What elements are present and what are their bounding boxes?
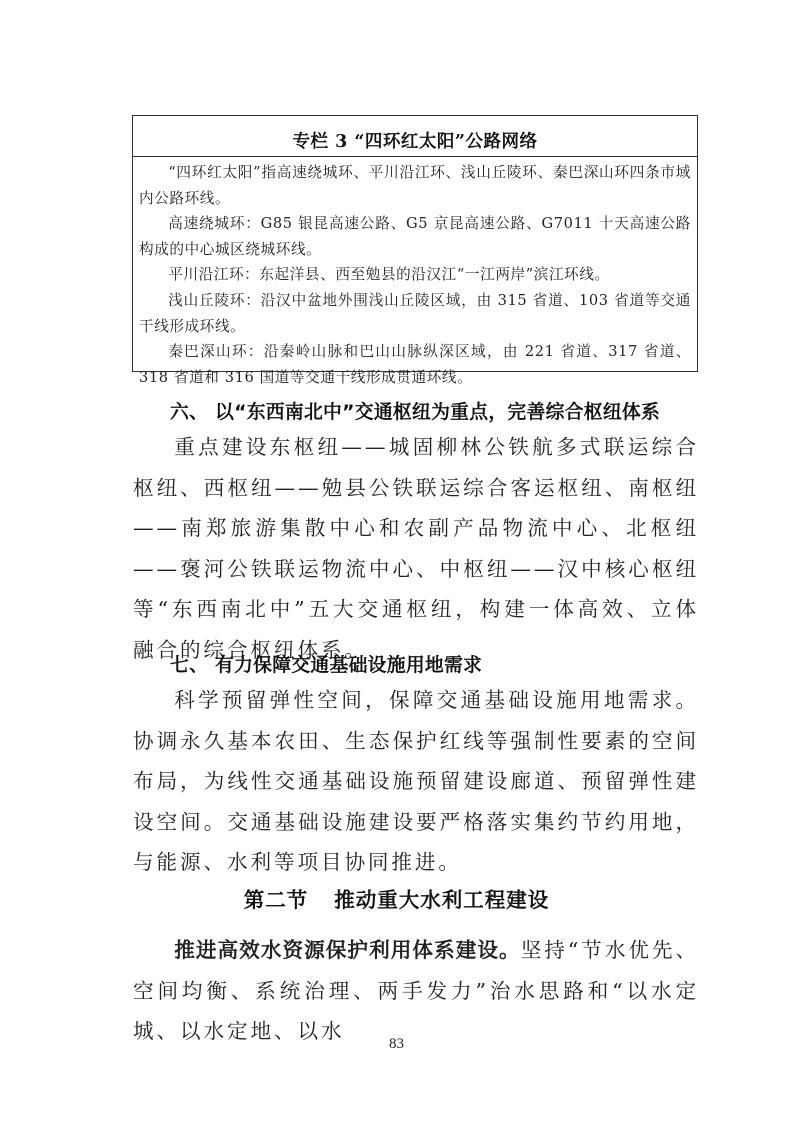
paragraph-lead-bold: 推进高效水资源保护利用体系建设。 — [174, 938, 521, 962]
section-title: 第二节推动重大水利工程建设 — [0, 883, 793, 913]
heading-section-6: 六、 以“东西南北中”交通枢纽为重点，完善综合枢纽体系 — [170, 397, 660, 424]
sidebox-paragraph-expressway-ring: 高速绕城环：G85 银昆高速公路、G5 京昆高速公路、G7011 十天高速公路构… — [139, 211, 691, 262]
section-number: 第二节 — [244, 888, 309, 912]
heading-section-7: 七、 有力保障交通基础设施用地需求 — [170, 650, 482, 677]
sidebox-paragraph-overview: “四环红太阳”指高速绕城环、平川沿江环、浅山丘陵环、秦巴深山环四条市域内公路环线… — [139, 160, 691, 211]
sidebox-paragraph-riverside-ring: 平川沿江环：东起洋县、西至勉县的沿汉江“一江两岸”滨江环线。 — [139, 262, 691, 288]
sidebox-paragraph-hill-ring: 浅山丘陵环：沿汉中盆地外围浅山丘陵区域，由 315 省道、103 省道等交通干线… — [139, 288, 691, 339]
paragraph-water-resources: 推进高效水资源保护利用体系建设。坚持“节水优先、空间均衡、系统治理、两手发力”治… — [133, 930, 699, 1052]
paragraph-land-use: 科学预留弹性空间，保障交通基础设施用地需求。协调永久基本农田、生态保护红线等强制… — [133, 680, 699, 883]
section-name: 推动重大水利工程建设 — [334, 888, 549, 912]
paragraph-transport-hubs: 重点建设东枢纽——城固柳林公铁航多式联运综合枢纽、西枢纽——勉县公铁联运综合客运… — [133, 427, 699, 670]
paragraph-text: 科学预留弹性空间，保障交通基础设施用地需求。协调永久基本农田、生态保护红线等强制… — [133, 680, 699, 883]
sidebar-box-four-rings-road-network: 专栏 3 “四环红太阳”公路网络 “四环红太阳”指高速绕城环、平川沿江环、浅山丘… — [132, 115, 698, 372]
sidebox-body: “四环红太阳”指高速绕城环、平川沿江环、浅山丘陵环、秦巴深山环四条市域内公路环线… — [133, 157, 697, 390]
sidebox-paragraph-mountain-ring: 秦巴深山环：沿秦岭山脉和巴山山脉纵深区域，由 221 省道、317 省道、318… — [139, 339, 691, 390]
paragraph-text: 推进高效水资源保护利用体系建设。坚持“节水优先、空间均衡、系统治理、两手发力”治… — [133, 930, 699, 1052]
page-number: 83 — [0, 1036, 793, 1053]
sidebox-title: 专栏 3 “四环红太阳”公路网络 — [133, 116, 697, 157]
paragraph-text: 重点建设东枢纽——城固柳林公铁航多式联运综合枢纽、西枢纽——勉县公铁联运综合客运… — [133, 427, 699, 670]
